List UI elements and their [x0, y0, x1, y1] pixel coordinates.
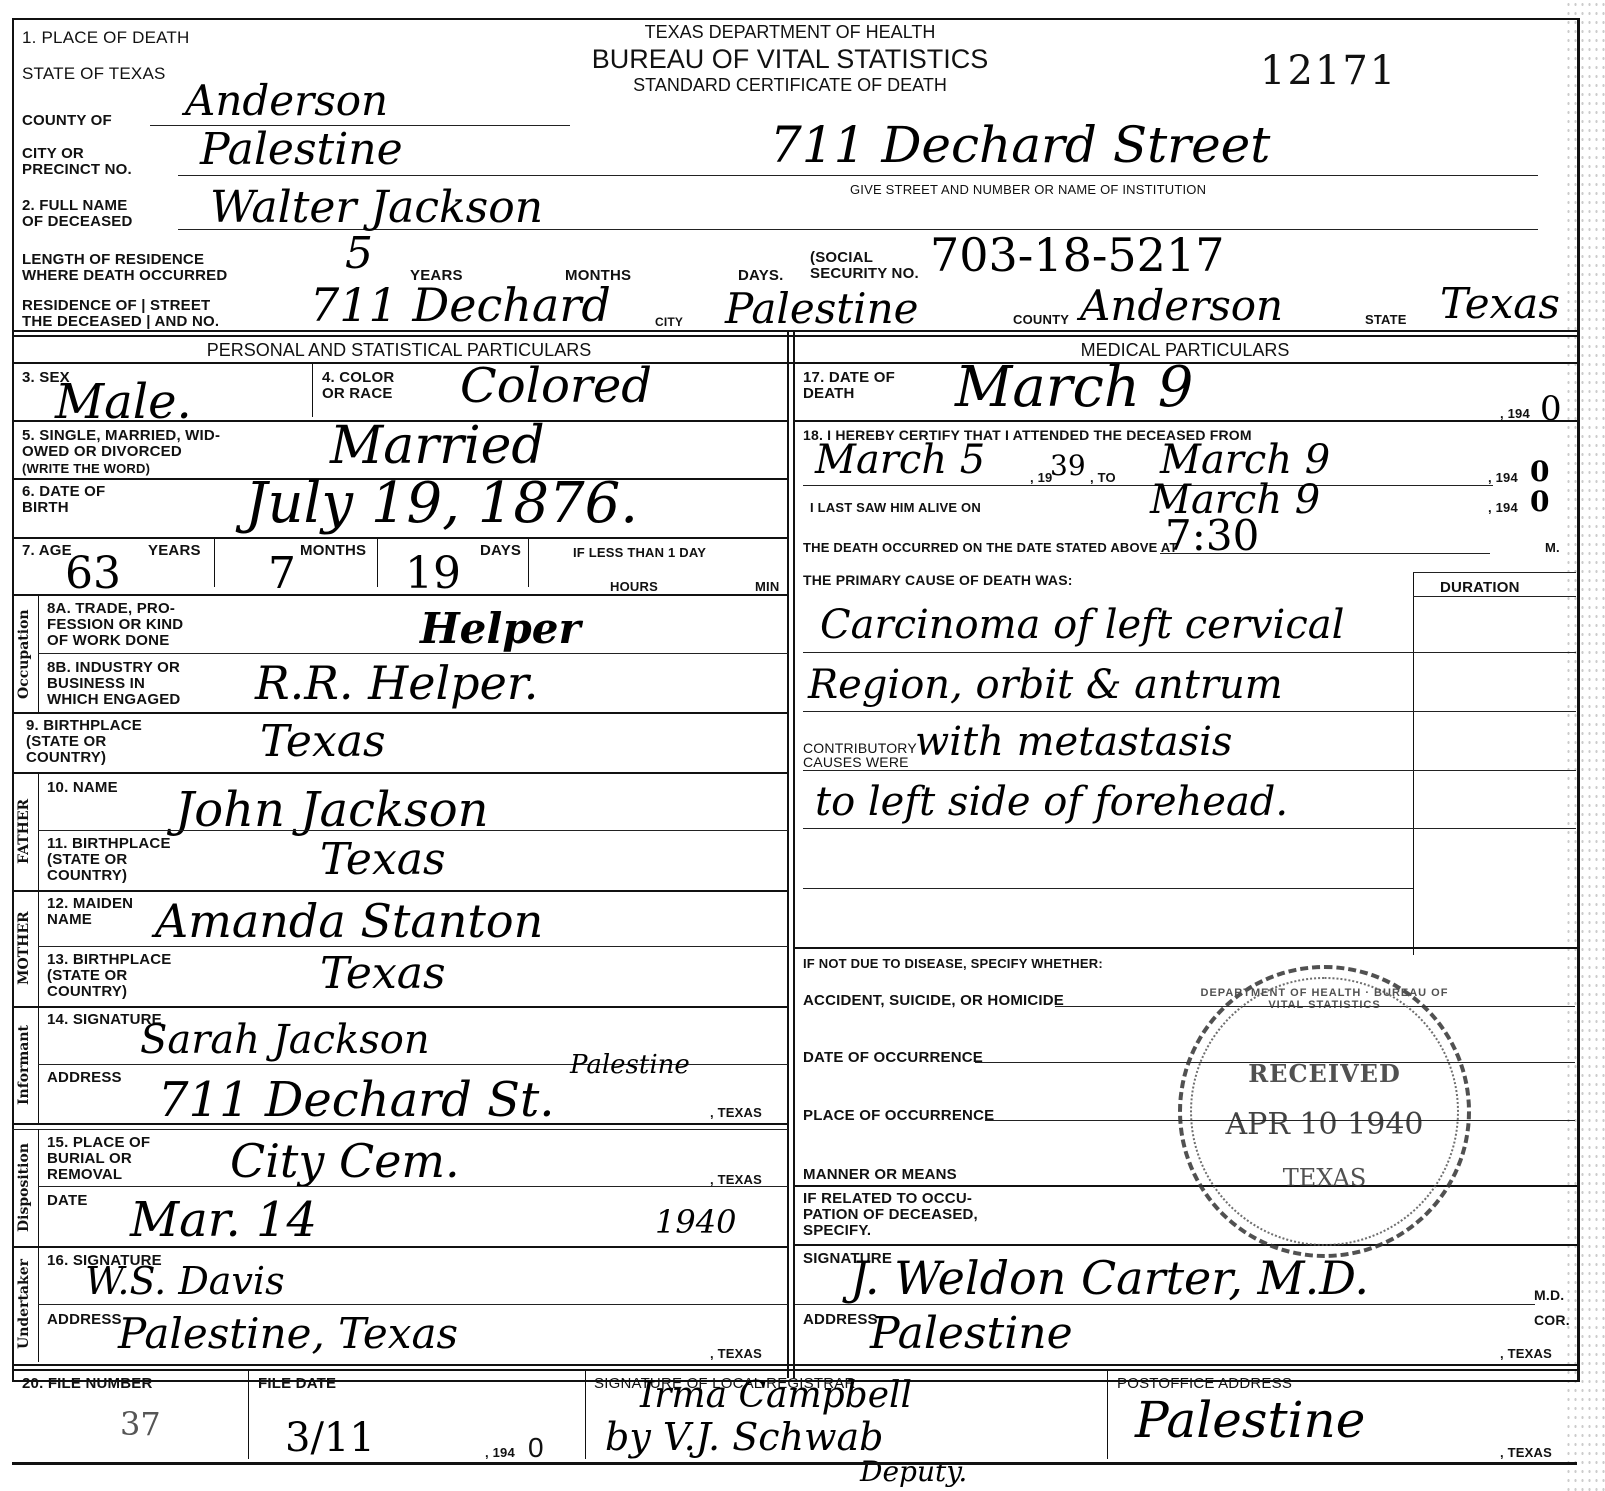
birthplace-label: 9. BIRTHPLACE (STATE OR COUNTRY)	[26, 718, 142, 766]
industry-value: R.R. Helper.	[255, 660, 538, 706]
occurrence-date-label: DATE OF OCCURRENCE	[803, 1050, 983, 1066]
mother-side-label: MOTHER	[16, 892, 36, 1004]
age-months-value: 7	[268, 552, 296, 596]
informant-address-label: ADDRESS	[47, 1070, 122, 1086]
burial-date-value: Mar. 14	[130, 1196, 317, 1244]
burial-date-label: DATE	[47, 1193, 88, 1209]
physician-texas-label: , TEXAS	[1500, 1346, 1552, 1362]
file-number-value: 37	[120, 1405, 161, 1443]
attended-to-year-prefix: , 194	[1488, 470, 1518, 486]
residence-state-label: STATE	[1365, 312, 1407, 328]
duration-label: DURATION	[1440, 580, 1520, 596]
file-year-suffix: 0	[528, 1432, 544, 1464]
industry-label: 8B. INDUSTRY OR BUSINESS IN WHICH ENGAGE…	[47, 660, 180, 708]
father-name-value: John Jackson	[175, 786, 489, 834]
postoffice-texas-label: , TEXAS	[1500, 1445, 1552, 1461]
m-label: M.	[1545, 540, 1560, 556]
cause-line-2: Region, orbit & antrum	[808, 665, 1283, 705]
age-days-label: DAYS	[480, 543, 521, 559]
mother-birthplace-label: 13. BIRTHPLACE (STATE OR COUNTRY)	[47, 952, 172, 1000]
personal-section-title: PERSONAL AND STATISTICAL PARTICULARS	[14, 340, 784, 361]
county-value: Anderson	[185, 80, 388, 122]
undertaker-address-value: Palestine, Texas	[118, 1313, 458, 1355]
certificate-number: 12171	[1260, 48, 1397, 94]
undertaker-texas-label: , TEXAS	[710, 1346, 762, 1362]
street-hint: GIVE STREET AND NUMBER OR NAME OF INSTIT…	[850, 183, 1206, 197]
age-years-label: YEARS	[148, 543, 201, 559]
age-days-value: 19	[405, 552, 461, 596]
accident-label: ACCIDENT, SUICIDE, OR HOMICIDE	[803, 993, 1064, 1009]
father-side-label: FATHER	[16, 774, 36, 888]
death-time-value: 7:30	[1165, 515, 1259, 557]
stamp-date: APR 10 1940	[1182, 1107, 1467, 1142]
informant-signature-value: Sarah Jackson	[140, 1020, 430, 1060]
last-saw-year-prefix: , 194	[1488, 500, 1518, 516]
cause-line-4: to left side of forehead.	[815, 782, 1288, 822]
undertaker-side-label: Undertaker	[16, 1248, 36, 1360]
race-label: 4. COLOR OR RACE	[322, 370, 394, 402]
received-stamp: DEPARTMENT OF HEALTH · BUREAU OF VITAL S…	[1178, 965, 1471, 1258]
occupation-side-label: Occupation	[16, 596, 36, 712]
postoffice-value: Palestine	[1135, 1395, 1365, 1445]
min-label: MIN	[755, 580, 779, 594]
residence-years-value: 5	[345, 232, 373, 276]
burial-year-value: 1940	[655, 1206, 736, 1238]
disposition-side-label: Disposition	[16, 1130, 36, 1246]
residence-county-value: Anderson	[1080, 285, 1283, 327]
occurrence-place-label: PLACE OF OCCURRENCE	[803, 1108, 994, 1124]
last-saw-label: I LAST SAW HIM ALIVE ON	[810, 500, 981, 516]
physician-address-label: ADDRESS	[803, 1312, 878, 1328]
stamp-outer-text: DEPARTMENT OF HEALTH · BUREAU OF VITAL S…	[1182, 987, 1467, 1011]
informant-address-city: Palestine	[570, 1052, 690, 1078]
residence-city-label: CITY	[655, 314, 683, 330]
race-value: Colored	[460, 362, 652, 410]
sex-value: Male.	[55, 378, 192, 426]
residence-street-value: 711 Dechard	[310, 282, 611, 328]
state-label: STATE OF TEXAS	[22, 66, 166, 82]
form-title: STANDARD CERTIFICATE OF DEATH	[520, 75, 1060, 96]
attended-to-year-suffix: 0	[1530, 458, 1549, 486]
contributory-label: CONTRIBUTORY CAUSES WERE	[803, 741, 917, 769]
days-label: DAYS.	[738, 268, 783, 284]
less-than-day-label: IF LESS THAN 1 DAY	[573, 546, 706, 560]
age-months-label: MONTHS	[300, 543, 366, 559]
father-birthplace-label: 11. BIRTHPLACE (STATE OR COUNTRY)	[47, 836, 171, 884]
death-street-value: 711 Dechard Street	[770, 120, 1270, 170]
postoffice-label: POSTOFFICE ADDRESS	[1117, 1376, 1292, 1392]
ssn-value: 703-18-5217	[930, 232, 1225, 278]
cause-line-1: Carcinoma of left cervical	[820, 605, 1344, 645]
file-year-prefix: , 194	[485, 1445, 515, 1461]
stamp-received: RECEIVED	[1182, 1059, 1467, 1088]
registrar-by: by V.J. Schwab	[605, 1418, 884, 1456]
attended-from-value: March 5	[815, 440, 985, 480]
death-time-label: THE DEATH OCCURRED ON THE DATE STATED AB…	[803, 540, 1178, 556]
full-name-label: 2. FULL NAME OF DECEASED	[22, 198, 133, 230]
attended-from-year-suffix: 39	[1050, 452, 1086, 480]
hours-label: HOURS	[610, 580, 658, 594]
to-label: , TO	[1090, 470, 1116, 486]
trade-value: Helper	[420, 608, 581, 650]
primary-cause-label: THE PRIMARY CAUSE OF DEATH WAS:	[803, 572, 1073, 588]
physician-address-value: Palestine	[870, 1312, 1073, 1356]
file-date-label: FILE DATE	[258, 1376, 336, 1392]
residence-length-label: LENGTH OF RESIDENCE WHERE DEATH OCCURRED	[22, 252, 227, 284]
deceased-name-value: Walter Jackson	[210, 186, 543, 230]
physician-signature-value: J. Weldon Carter, M.D.	[850, 1255, 1369, 1301]
dob-label: 6. DATE OF BIRTH	[22, 484, 105, 516]
file-number-label: 20. FILE NUMBER	[22, 1376, 153, 1392]
mother-name-value: Amanda Stanton	[155, 898, 543, 944]
city-label: CITY OR PRECINCT NO.	[22, 146, 132, 178]
stamp-state: TEXAS	[1182, 1164, 1467, 1192]
cause-line-3: with metastasis	[915, 722, 1232, 762]
file-date-value: 3/11	[285, 1418, 375, 1458]
informant-address-value: 711 Dechard St.	[158, 1076, 555, 1124]
marital-hint: (WRITE THE WORD)	[22, 462, 150, 476]
mother-birthplace-value: Texas	[320, 952, 446, 996]
residence-label: RESIDENCE OF | STREET THE DECEASED | AND…	[22, 298, 219, 330]
residence-state-value: Texas	[1440, 283, 1560, 325]
date-of-death-value: March 9	[955, 360, 1193, 416]
occupation-related-label: IF RELATED TO OCCU- PATION OF DECEASED, …	[803, 1191, 978, 1239]
place-of-death-label: 1. PLACE OF DEATH	[22, 30, 189, 46]
county-label: COUNTY OF	[22, 113, 112, 129]
marital-label: 5. SINGLE, MARRIED, WID- OWED OR DIVORCE…	[22, 428, 220, 460]
father-name-label: 10. NAME	[47, 780, 118, 796]
residence-county-label: COUNTY	[1013, 312, 1069, 328]
undertaker-address-label: ADDRESS	[47, 1312, 122, 1328]
burial-value: City Cem.	[230, 1138, 460, 1184]
burial-label: 15. PLACE OF BURIAL OR REMOVAL	[47, 1135, 150, 1183]
father-birthplace-value: Texas	[320, 838, 446, 882]
registrar-value: Irma Campbell	[640, 1378, 912, 1414]
attended-to-value: March 9	[1160, 440, 1330, 480]
residence-city-value: Palestine	[725, 288, 918, 330]
md-label: M.D.	[1534, 1287, 1564, 1303]
department-title: TEXAS DEPARTMENT OF HEALTH	[540, 22, 1040, 43]
marital-value: Married	[330, 420, 545, 472]
birthplace-value: Texas	[260, 720, 386, 764]
ssn-label: (SOCIAL SECURITY NO.	[810, 250, 919, 282]
informant-texas-label: , TEXAS	[710, 1105, 762, 1121]
age-years-value: 63	[65, 552, 121, 596]
undertaker-signature-value: W.S. Davis	[85, 1262, 285, 1300]
cor-label: COR.	[1534, 1312, 1570, 1328]
manner-label: MANNER OR MEANS	[803, 1167, 957, 1183]
not-disease-label: IF NOT DUE TO DISEASE, SPECIFY WHETHER:	[803, 957, 1103, 971]
trade-label: 8A. TRADE, PRO- FESSION OR KIND OF WORK …	[47, 601, 183, 649]
city-value: Palestine	[200, 128, 403, 172]
date-of-death-label: 17. DATE OF DEATH	[803, 370, 895, 402]
last-saw-year-suffix: 0	[1530, 488, 1549, 516]
mother-name-label: 12. MAIDEN NAME	[47, 896, 133, 928]
bureau-title: BUREAU OF VITAL STATISTICS	[470, 44, 1110, 75]
dob-value: July 19, 1876.	[245, 476, 638, 532]
informant-side-label: Informant	[16, 1008, 36, 1122]
